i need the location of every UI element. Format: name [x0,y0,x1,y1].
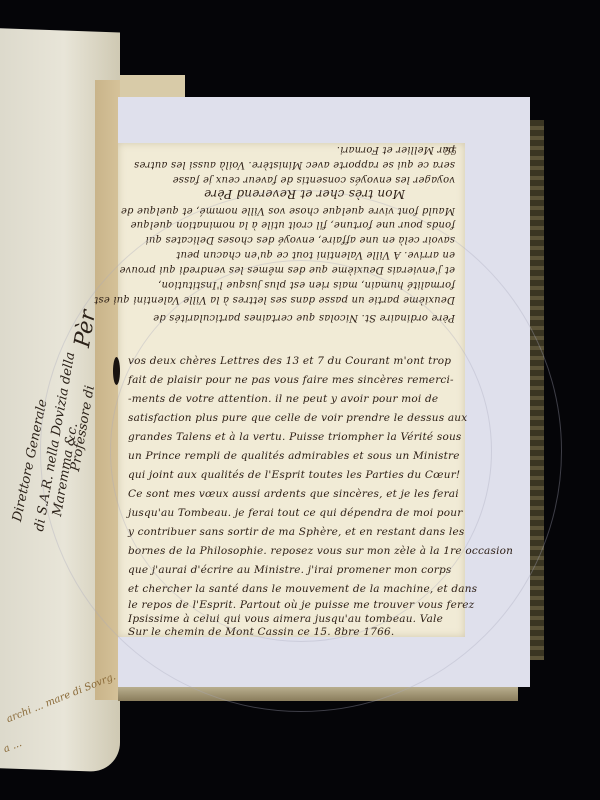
inverted-text-block: par Mellier et Fornari. sera ce qui se r… [118,143,465,333]
letter-line: qui joint aux qualités de l'Esprit toute… [128,469,460,481]
letter-line: fait de plaisir pour ne pas vous faire m… [128,374,454,386]
inverted-line: Père ordinaire St. Nicolas que certaines… [153,312,455,323]
letter-line: bornes de la Philosophie. reposez vous s… [128,545,513,557]
letter-line: jusqu'au Tombeau. je ferai tout ce qui d… [128,507,462,519]
letter-line: satisfaction plus pure que celle de voir… [128,412,467,424]
letter-line: vos deux chères Lettres des 13 et 7 du C… [128,355,451,367]
inverted-line: savoir celà en une affaire, envoyé des c… [145,234,455,245]
letter-sheet: 55 par Mellier et Fornari. sera ce qui s… [118,143,465,637]
inverted-line: en arrive. A Ville Valentini tout ce qu'… [176,249,455,260]
letter-line: Ipsissime à celui qui vous aimera jusqu'… [128,613,443,625]
inverted-line: Deuxième partie un passe dans ses lettre… [94,294,455,305]
page-bottom-edge [118,687,518,701]
letter-line: que j'aurai d'écrire au Ministre. j'irai… [128,564,451,576]
inverted-line: Mauld font vivre quelque chose vos Ville… [121,205,455,216]
letter-line: -ments de votre attention. il ne peut y … [128,393,438,405]
inverted-line: Mon très cher et Reverend Père [204,187,405,201]
wax-seal-mark [113,357,120,385]
top-tab [120,75,185,97]
letter-line: un Prince rempli de qualités admirables … [128,450,460,462]
letter-line: grandes Talens et à la vertu. Puisse tri… [128,431,462,443]
manuscript-photo: Direttore Generale di S.A.R. nella Doviz… [0,0,600,800]
inverted-line: et j'envierais Deuxième que des mêmes le… [119,264,455,275]
letter-line: Sur le chemin de Mont Cassin ce 15. 8bre… [128,626,394,638]
letter-line: le repos de l'Esprit. Partout où je puis… [128,599,474,611]
inverted-line: fonds pour une fortune, fil croit utile … [130,219,455,230]
inverted-line: sera ce qui se rapporte avec Ministère. … [134,159,455,170]
inverted-line: par Mellier et Fornari. [337,144,455,155]
letter-line: y contribuer sans sortir de ma Sphère, e… [128,526,464,538]
inverted-line: formalité humain, mais rien est plus jus… [158,279,455,290]
letter-line: Ce sont mes vœux aussi ardents que sincè… [128,488,459,500]
board-edge [530,120,544,660]
inverted-line: voyager les envoyés consentis de faveur … [172,174,455,185]
letter-line: et chercher la santé dans le mouvement d… [128,583,477,595]
